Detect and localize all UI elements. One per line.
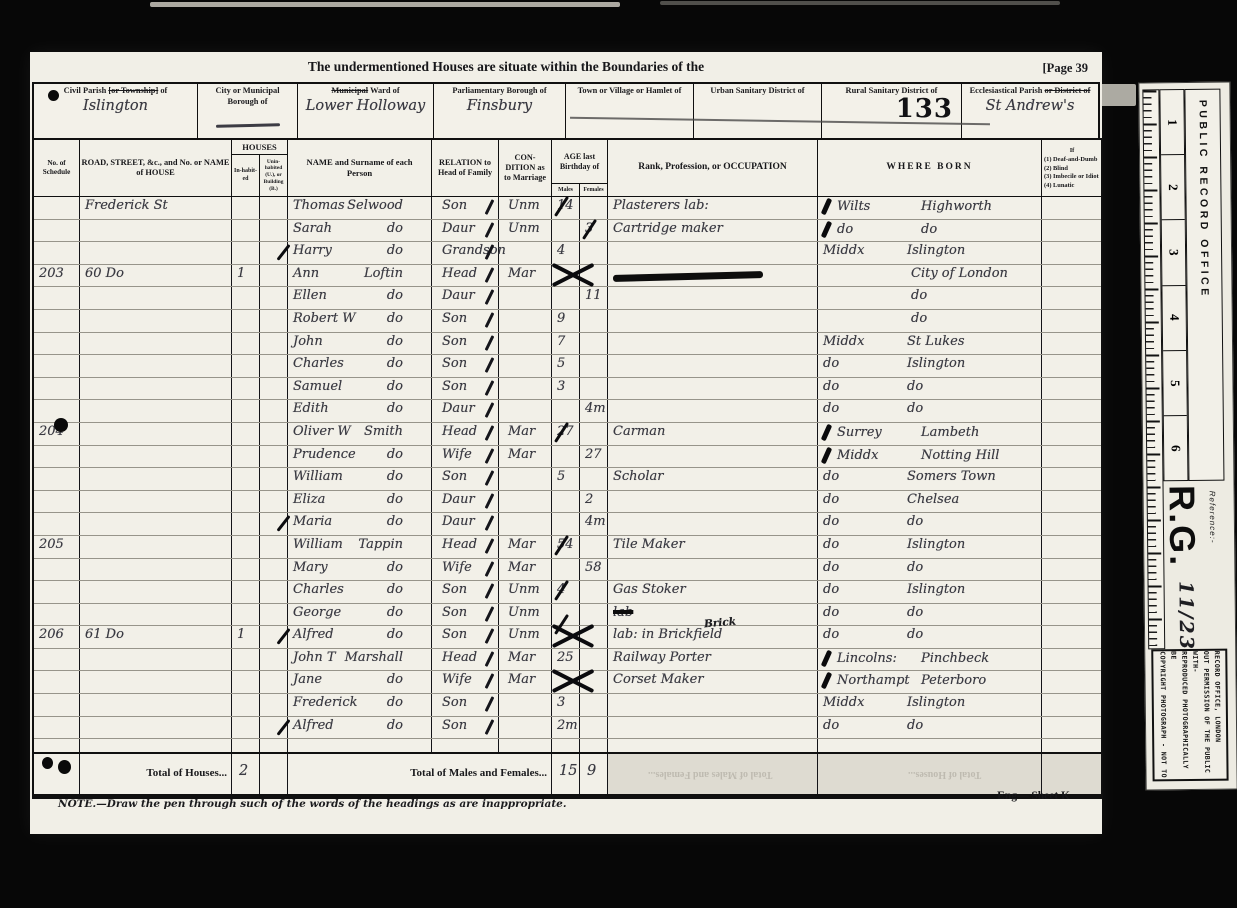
ruler-number: 1 — [1160, 90, 1184, 155]
cell-road — [80, 649, 232, 671]
age-value: 3 — [557, 695, 572, 710]
cell-relation: Son — [432, 694, 499, 716]
total-males-females-label: Total of Males and Females... — [288, 754, 552, 794]
surname: do — [387, 311, 403, 332]
film-scratch — [150, 2, 620, 7]
cell-relation: Son — [432, 378, 499, 400]
cell-name: Sarahdo — [288, 220, 432, 242]
cell-where-born: doSomers Town — [818, 468, 1042, 490]
pen-tally-mark — [485, 583, 494, 599]
cell-age-male: 9 — [552, 310, 580, 332]
cell-age-male — [552, 446, 580, 468]
ink-scribble — [613, 271, 763, 282]
pen-tally-mark — [485, 199, 494, 215]
cell-inhabited — [232, 649, 260, 671]
cell-condition: Unm — [499, 626, 552, 648]
cell-name: WilliamTappin — [288, 536, 432, 558]
occupation-text: Plasterers lab: — [613, 198, 709, 213]
cell-uninhabited — [260, 581, 288, 603]
age-value: 5 — [557, 356, 572, 371]
film-scratch — [660, 1, 1060, 5]
born-county: do — [837, 222, 921, 237]
ghost-text: Total of Males and Females... — [648, 769, 772, 780]
col-header-occupation: Rank, Profession, or OCCUPATION — [608, 140, 818, 196]
cell-relation: Daur — [432, 220, 499, 242]
cell-road — [80, 468, 232, 490]
ruler-number: 6 — [1164, 416, 1188, 480]
surname: do — [387, 492, 403, 513]
cell-relation: Head — [432, 423, 499, 445]
born-place: Islington — [907, 537, 965, 552]
given-name: John T — [293, 650, 336, 671]
cell-road — [80, 310, 232, 332]
cell-age-male — [552, 265, 580, 287]
cell-age-female — [580, 197, 608, 219]
cell-relation: Head — [432, 649, 499, 671]
cell-name: Williamdo — [288, 468, 432, 490]
district-label: Parliamentary Borough of — [434, 84, 565, 97]
cell-inhabited — [232, 581, 260, 603]
cell-inhabited — [232, 717, 260, 739]
cell-infirmity — [1042, 400, 1101, 422]
cell-name: Prudencedo — [288, 446, 432, 468]
cell-occupation: Scholar — [608, 468, 818, 490]
cell-uninhabited — [260, 378, 288, 400]
given-name: Thomas — [293, 198, 345, 219]
blank-cell — [818, 739, 1042, 752]
blank-cell — [580, 739, 608, 752]
age-value: 4m — [585, 401, 606, 416]
born-place: St Lukes — [907, 334, 965, 349]
cell-relation: Grandson — [432, 242, 499, 264]
born-county: Lincolns: — [837, 651, 921, 666]
cell-uninhabited — [260, 468, 288, 490]
cell-infirmity — [1042, 604, 1101, 626]
col-header-inhabited: In-habit-ed — [232, 155, 260, 196]
pen-tally-mark — [485, 448, 494, 464]
blank-cell — [260, 739, 288, 752]
born-place: Islington — [907, 695, 965, 710]
ruler-digit: 5 — [1167, 380, 1183, 387]
district-label: Municipal Ward of — [298, 84, 433, 97]
cell-condition — [499, 513, 552, 535]
table-row: JohndoSon7MiddxSt Lukes — [34, 333, 1101, 356]
cell-road — [80, 378, 232, 400]
table-row: AlfreddoSon2mdodo — [34, 717, 1101, 740]
cell-uninhabited — [260, 536, 288, 558]
copyright-text: COPYRIGHT PHOTOGRAPH - NOT TO BEREPRODUC… — [1157, 651, 1224, 780]
cell-where-born: dodo — [818, 220, 1042, 242]
cell-occupation — [608, 310, 818, 332]
table-row: 20360 Do1AnnLoftinHeadMarCity of London — [34, 265, 1101, 288]
cell-occupation: Carman — [608, 423, 818, 445]
given-name: William — [293, 537, 343, 558]
cell-uninhabited — [260, 333, 288, 355]
ruler-number: 2 — [1161, 155, 1185, 220]
born-place: do — [907, 718, 923, 733]
cell-where-born: Lincolns:Pinchbeck — [818, 649, 1042, 671]
cell-occupation — [608, 333, 818, 355]
cell-inhabited — [232, 694, 260, 716]
born-place: Somers Town — [907, 469, 996, 484]
blank-cell — [232, 739, 260, 752]
cell-condition — [499, 468, 552, 490]
born-place: do — [907, 627, 923, 642]
occupation-text: lab — [613, 605, 633, 620]
pen-tally-mark — [485, 425, 494, 441]
table-row: Frederick StThomasSelwoodSonUnm14Plaster… — [34, 197, 1101, 220]
cell-condition — [499, 378, 552, 400]
cell-schedule — [34, 671, 80, 693]
cell-where-born: do — [818, 310, 1042, 332]
cell-age-female — [580, 355, 608, 377]
cell-inhabited — [232, 400, 260, 422]
cell-inhabited — [232, 242, 260, 264]
cell-inhabited — [232, 220, 260, 242]
born-place: City of London — [911, 266, 1008, 281]
surname: do — [387, 672, 403, 693]
born-place: do — [911, 311, 927, 326]
census-table: No. of Schedule ROAD, STREET, &c., and N… — [32, 138, 1103, 799]
surname: do — [387, 447, 403, 468]
blank-row — [34, 739, 1101, 752]
born-county: do — [823, 492, 907, 507]
age-value: 4m — [585, 514, 606, 529]
cell-road: 61 Do — [80, 626, 232, 648]
table-row: WilliamdoSon5ScholardoSomers Town — [34, 468, 1101, 491]
cell-name: Elizado — [288, 491, 432, 513]
col-header-females: Females — [580, 184, 607, 196]
age-value: 3 — [557, 379, 572, 394]
given-name: Alfred — [293, 718, 334, 739]
age-value: 25 — [557, 650, 574, 665]
cell-infirmity — [1042, 626, 1101, 648]
born-county: do — [823, 401, 907, 416]
cell-occupation — [608, 717, 818, 739]
surname: Marshall — [345, 650, 403, 671]
cell-occupation — [608, 446, 818, 468]
pen-tally-mark — [485, 380, 494, 396]
cell-road — [80, 242, 232, 264]
ruler-digit: 6 — [1168, 445, 1184, 452]
district-cell: City or Municipal Borough of — [198, 84, 298, 138]
pen-tally-mark — [485, 651, 494, 667]
pen-tally-mark — [485, 312, 494, 328]
age-value: 14 — [557, 198, 574, 213]
pen-tally-mark — [485, 674, 494, 690]
born-county: do — [823, 582, 907, 597]
cell-occupation: Tile Maker — [608, 536, 818, 558]
pen-tally-mark — [485, 470, 494, 486]
born-county: Northampt — [837, 673, 921, 688]
cell-where-born: dodo — [818, 604, 1042, 626]
cell-road — [80, 446, 232, 468]
cell-infirmity — [1042, 446, 1101, 468]
col-header-name: NAME and Surname of each Person — [288, 140, 432, 196]
cell-occupation — [608, 694, 818, 716]
age-label: AGE last Birthday of — [552, 140, 607, 183]
cell-road — [80, 355, 232, 377]
given-name: Robert W — [293, 311, 356, 332]
cell-name: Marydo — [288, 559, 432, 581]
totals-ghost-area: Total of Houses... — [818, 754, 1042, 794]
col-header-infirmity: If(1) Deaf-and-Dumb(2) Blind(3) Imbecile… — [1042, 140, 1101, 196]
pen-stroke — [821, 650, 832, 668]
given-name: Frederick — [293, 695, 357, 716]
district-cell: Parliamentary Borough ofFinsbury — [434, 84, 566, 138]
cell-age-male — [552, 559, 580, 581]
table-row: MarydoWifeMar58dodo — [34, 559, 1101, 582]
cell-condition — [499, 242, 552, 264]
cell-schedule — [34, 649, 80, 671]
cell-relation: Son — [432, 468, 499, 490]
pen-tally-mark — [485, 403, 494, 419]
cell-uninhabited — [260, 310, 288, 332]
cell-where-born: doIslington — [818, 581, 1042, 603]
age-value: 4 — [557, 243, 572, 258]
cell-age-male — [552, 400, 580, 422]
given-name: Ann — [293, 266, 319, 287]
cell-relation: Son — [432, 310, 499, 332]
cell-road — [80, 423, 232, 445]
born-place: Chelsea — [907, 492, 959, 507]
age-value: 11 — [585, 288, 602, 303]
cell-infirmity — [1042, 197, 1101, 219]
cell-occupation — [608, 513, 818, 535]
cell-age-male — [552, 513, 580, 535]
table-row: FrederickdoSon3MiddxIslington — [34, 694, 1101, 717]
cell-where-born: dodo — [818, 559, 1042, 581]
cell-condition: Mar — [499, 423, 552, 445]
surname: do — [387, 379, 403, 400]
cell-relation: Son — [432, 604, 499, 626]
total-houses-label: Total of Houses... — [80, 754, 232, 794]
given-name: Oliver W — [293, 424, 351, 445]
given-name: George — [293, 605, 341, 626]
cell-infirmity — [1042, 671, 1101, 693]
col-header-road: ROAD, STREET, &c., and No. or NAME of HO… — [80, 140, 232, 196]
born-place: do — [907, 605, 923, 620]
cell-schedule — [34, 287, 80, 309]
born-place: Lambeth — [921, 425, 979, 440]
district-value: St Andrew's — [962, 98, 1098, 114]
cell-age-male — [552, 626, 580, 648]
pen-stroke — [821, 198, 832, 216]
cell-age-female — [580, 694, 608, 716]
blank-cell — [608, 739, 818, 752]
cell-where-born: dodo — [818, 717, 1042, 739]
cell-schedule — [34, 378, 80, 400]
cell-occupation: Gas Stoker — [608, 581, 818, 603]
cell-name: ThomasSelwood — [288, 197, 432, 219]
cell-age-female — [580, 423, 608, 445]
cell-inhabited — [232, 446, 260, 468]
given-name: Edith — [293, 401, 329, 422]
cell-uninhabited — [260, 287, 288, 309]
cell-schedule — [34, 694, 80, 716]
cell-relation: Son — [432, 717, 499, 739]
table-body: Frederick StThomasSelwoodSonUnm14Plaster… — [34, 197, 1101, 739]
cell-schedule — [34, 513, 80, 535]
born-county: do — [823, 605, 907, 620]
cell-road: 60 Do — [80, 265, 232, 287]
district-value: Lower Holloway — [298, 98, 433, 114]
table-header: No. of Schedule ROAD, STREET, &c., and N… — [34, 140, 1101, 197]
given-name: Charles — [293, 356, 344, 377]
cell-uninhabited — [260, 197, 288, 219]
cell-relation: Daur — [432, 400, 499, 422]
surname: Smith — [364, 424, 403, 445]
cell-age-male — [552, 287, 580, 309]
ruler-number: 3 — [1162, 220, 1186, 285]
cell-where-born: SurreyLambeth — [818, 423, 1042, 445]
cell-name: Alfreddo — [288, 717, 432, 739]
cell-name: Janedo — [288, 671, 432, 693]
cell-age-male — [552, 604, 580, 626]
born-place: Pinchbeck — [921, 651, 989, 666]
age-value: 5 — [557, 469, 572, 484]
pen-stroke — [821, 672, 832, 690]
cell-inhabited — [232, 559, 260, 581]
cell-occupation — [608, 400, 818, 422]
cell-age-female — [580, 310, 608, 332]
cell-occupation — [608, 287, 818, 309]
copyright-stamp: COPYRIGHT PHOTOGRAPH - NOT TO BEREPRODUC… — [1151, 649, 1228, 782]
born-place: do — [907, 401, 923, 416]
born-place: do — [907, 560, 923, 575]
cell-inhabited — [232, 333, 260, 355]
cell-condition: Mar — [499, 649, 552, 671]
cell-condition — [499, 310, 552, 332]
cell-age-male: 5 — [552, 355, 580, 377]
cell-road — [80, 287, 232, 309]
given-name: Jane — [293, 672, 322, 693]
district-cell: Rural Sanitary District of133 — [822, 84, 962, 138]
cell-schedule: 205 — [34, 536, 80, 558]
cell-road — [80, 513, 232, 535]
cell-relation: Daur — [432, 287, 499, 309]
cell-schedule — [34, 559, 80, 581]
cell-condition — [499, 400, 552, 422]
cell-infirmity — [1042, 694, 1101, 716]
cell-road — [80, 491, 232, 513]
totals-row: Total of Houses... 2 Total of Males and … — [34, 752, 1101, 797]
occupation-text: Scholar — [613, 469, 664, 484]
cell-infirmity — [1042, 468, 1101, 490]
cell-occupation — [608, 355, 818, 377]
cell-where-born: NorthamptPeterboro — [818, 671, 1042, 693]
cell-occupation: Cartridge maker — [608, 220, 818, 242]
cell-age-male: 3 — [552, 378, 580, 400]
table-row: PrudencedoWifeMar27MiddxNotting Hill — [34, 446, 1101, 469]
surname: do — [387, 627, 403, 648]
given-name: Charles — [293, 582, 344, 603]
cell-condition: Mar — [499, 559, 552, 581]
col-header-schedule: No. of Schedule — [34, 140, 80, 196]
occupation-text: Railway Porter — [613, 650, 711, 665]
cell-schedule — [34, 468, 80, 490]
district-value: Finsbury — [434, 98, 565, 114]
ruler-digit: 2 — [1165, 184, 1181, 191]
cell-age-female: 58 — [580, 559, 608, 581]
cell-name: Frederickdo — [288, 694, 432, 716]
cell-occupation — [608, 559, 818, 581]
cell-relation: Son — [432, 333, 499, 355]
age-value: 2m — [557, 718, 578, 733]
born-place: do — [907, 514, 923, 529]
cell-schedule — [34, 446, 80, 468]
surname: Tappin — [358, 537, 403, 558]
cell-inhabited — [232, 491, 260, 513]
ruler-number: 5 — [1163, 351, 1187, 416]
cell-road — [80, 717, 232, 739]
totals-ghost-area — [1042, 754, 1101, 794]
cell-condition — [499, 355, 552, 377]
cell-name: John TMarshall — [288, 649, 432, 671]
given-name: Alfred — [293, 627, 334, 648]
cell-age-female — [580, 242, 608, 264]
cell-condition: Mar — [499, 446, 552, 468]
pen-tally-mark — [485, 538, 494, 554]
given-name: Mary — [293, 560, 328, 581]
pen-tally-mark — [485, 222, 494, 238]
cell-infirmity — [1042, 310, 1101, 332]
given-name: Maria — [293, 514, 332, 535]
table-row: GeorgedoSonUnmlabdodo — [34, 604, 1101, 627]
cell-name: Samueldo — [288, 378, 432, 400]
cell-road — [80, 220, 232, 242]
cell-occupation — [608, 491, 818, 513]
copyright-line: COPYRIGHT PHOTOGRAPH - NOT TO BE — [1157, 651, 1180, 779]
cell-where-born: dodo — [818, 400, 1042, 422]
cell-infirmity — [1042, 242, 1101, 264]
cell-road — [80, 581, 232, 603]
cell-inhabited — [232, 197, 260, 219]
cell-where-born: doChelsea — [818, 491, 1042, 513]
cell-age-female: 4m — [580, 400, 608, 422]
born-place: do — [907, 379, 923, 394]
cell-infirmity — [1042, 378, 1101, 400]
born-county: do — [823, 356, 907, 371]
cell-uninhabited — [260, 604, 288, 626]
pen-tally-mark — [485, 357, 494, 373]
blank-cell — [288, 739, 432, 752]
pen-tally-mark — [485, 719, 494, 735]
cell-age-female — [580, 649, 608, 671]
cell-uninhabited — [260, 446, 288, 468]
pen-tally-mark — [485, 335, 494, 351]
cell-condition — [499, 694, 552, 716]
given-name: Prudence — [293, 447, 356, 468]
age-value: 54 — [557, 537, 574, 552]
cell-relation: Head — [432, 536, 499, 558]
occupation-text: Tile Maker — [613, 537, 685, 552]
surname: do — [387, 401, 403, 422]
blank-cell — [552, 739, 580, 752]
blank-cell — [432, 739, 499, 752]
pen-tally-mark — [485, 244, 494, 260]
cell-inhabited — [232, 423, 260, 445]
cell-infirmity — [1042, 717, 1101, 739]
col-header-houses: HOUSES In-habit-ed Unin-habited (U.), or… — [232, 140, 288, 196]
cell-name: Georgedo — [288, 604, 432, 626]
cell-road — [80, 671, 232, 693]
cell-where-born: dodo — [818, 626, 1042, 648]
col-header-born: WHERE BORN — [818, 140, 1042, 196]
houses-label: HOUSES — [232, 140, 287, 154]
cell-condition: Mar — [499, 536, 552, 558]
cell-age-female — [580, 378, 608, 400]
